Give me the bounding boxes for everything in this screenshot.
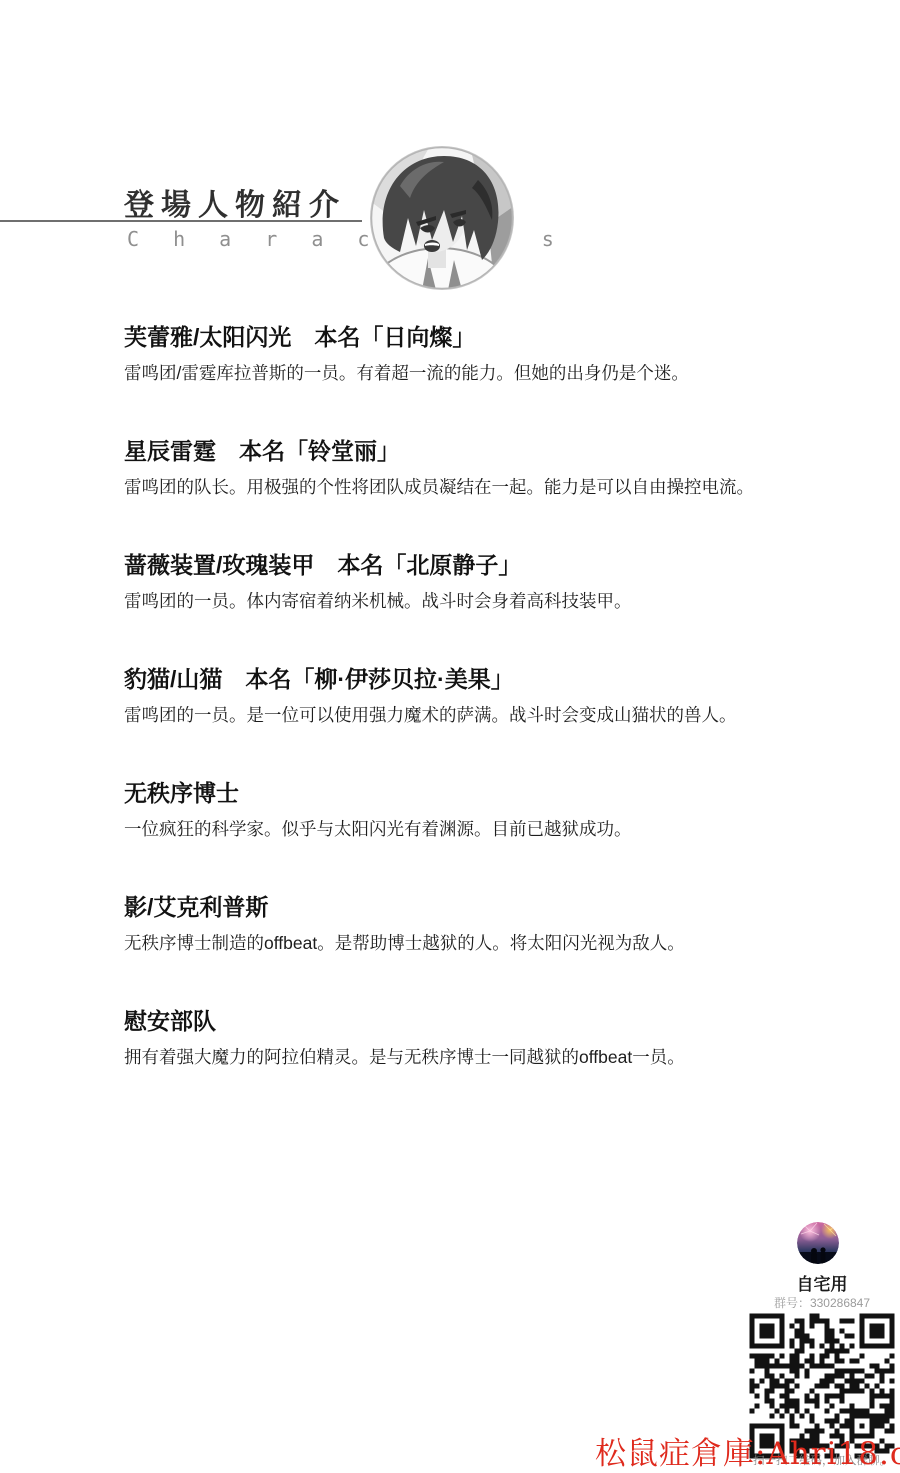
character-entry: 影/艾克利普斯 无秩序博士制造的offbeat。是帮助博士越狱的人。将太阳闪光视… xyxy=(124,893,844,1007)
character-list: 芙蕾雅/太阳闪光 本名「日向燦」 雷鸣团/雷霆库拉普斯的一员。有着超一流的能力。… xyxy=(124,323,844,1121)
character-entry: 慰安部队 拥有着强大魔力的阿拉伯精灵。是与无秩序博士一同越狱的offbeat一员… xyxy=(124,1007,844,1121)
character-name: 影/艾克利普斯 xyxy=(124,895,844,920)
group-number: 群号：330286847 xyxy=(747,1294,897,1311)
anime-girl-portrait-icon xyxy=(370,146,514,290)
character-description: 雷鸣团/雷霆库拉普斯的一员。有着超一流的能力。但她的出身仍是个迷。 xyxy=(124,362,844,384)
character-name: 慰安部队 xyxy=(124,1009,844,1034)
character-description: 无秩序博士制造的offbeat。是帮助博士越狱的人。将太阳闪光视为敌人。 xyxy=(124,932,844,954)
group-avatar xyxy=(797,1222,839,1264)
character-description: 一位疯狂的科学家。似乎与太阳闪光有着渊源。目前已越狱成功。 xyxy=(124,818,844,840)
character-name: 星辰雷霆 本名「铃堂丽」 xyxy=(124,439,844,464)
character-entry: 无秩序博士 一位疯狂的科学家。似乎与太阳闪光有着渊源。目前已越狱成功。 xyxy=(124,779,844,893)
character-description: 雷鸣团的一员。体内寄宿着纳米机械。战斗时会身着高科技装甲。 xyxy=(124,590,844,612)
group-name: 自宅用 xyxy=(747,1270,897,1295)
page: 登場人物紹介 C h a r a c t e r s xyxy=(0,0,900,1473)
character-entry: 豹猫/山猫 本名「柳·伊莎贝拉·美果」 雷鸣团的一员。是一位可以使用强力魔术的萨… xyxy=(124,665,844,779)
character-description: 雷鸣团的一员。是一位可以使用强力魔术的萨满。战斗时会变成山猫状的兽人。 xyxy=(124,704,844,726)
page-title: 登場人物紹介 xyxy=(124,180,346,224)
character-entry: 蔷薇装置/玫瑰装甲 本名「北原静子」 雷鸣团的一员。体内寄宿着纳米机械。战斗时会… xyxy=(124,551,844,665)
header-divider-line xyxy=(0,220,362,222)
character-entry: 芙蕾雅/太阳闪光 本名「日向燦」 雷鸣团/雷霆库拉普斯的一员。有着超一流的能力。… xyxy=(124,323,844,437)
fireworks-avatar-icon xyxy=(797,1222,839,1264)
character-name: 豹猫/山猫 本名「柳·伊莎贝拉·美果」 xyxy=(124,667,844,692)
site-watermark: 松鼠症倉庫:Ahri18.com xyxy=(595,1428,900,1473)
character-name: 蔷薇装置/玫瑰装甲 本名「北原静子」 xyxy=(124,553,844,578)
character-name: 芙蕾雅/太阳闪光 本名「日向燦」 xyxy=(124,325,844,350)
character-entry: 星辰雷霆 本名「铃堂丽」 雷鸣团的队长。用极强的个性将团队成员凝结在一起。能力是… xyxy=(124,437,844,551)
character-name: 无秩序博士 xyxy=(124,781,844,806)
character-description: 拥有着强大魔力的阿拉伯精灵。是与无秩序博士一同越狱的offbeat一员。 xyxy=(124,1046,844,1068)
character-portrait-image xyxy=(370,146,514,290)
character-description: 雷鸣团的队长。用极强的个性将团队成员凝结在一起。能力是可以自由操控电流。 xyxy=(124,476,844,498)
